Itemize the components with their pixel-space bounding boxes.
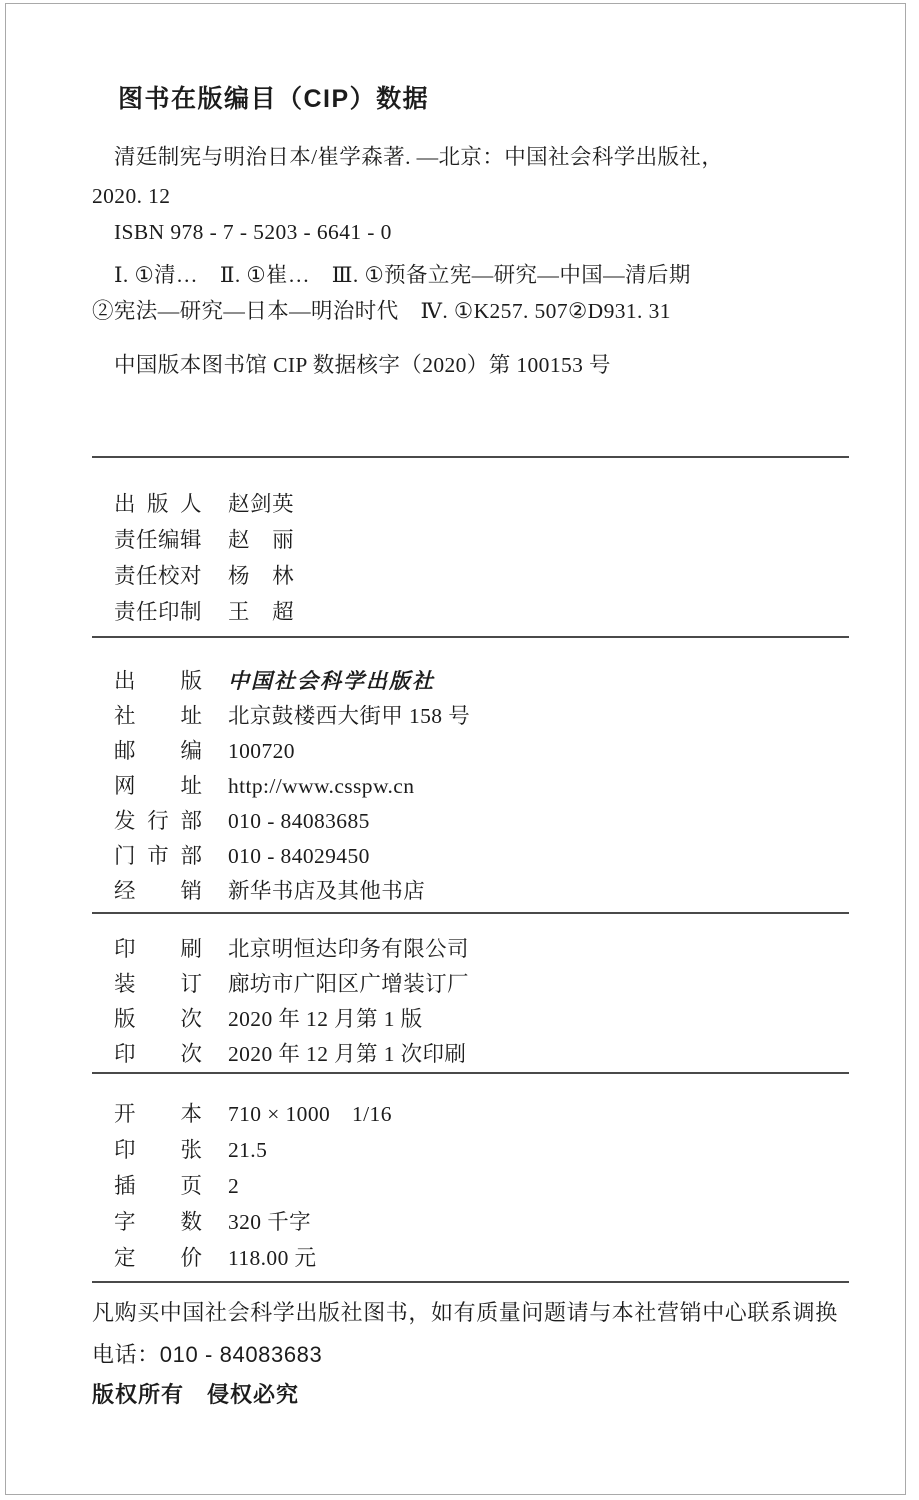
isbn-line: ISBN 978 - 7 - 5203 - 6641 - 0 [92,217,849,247]
info-row: 责任编辑 赵丽 [114,522,849,558]
field-label: 印次 [114,1037,202,1072]
info-row: 经销 新华书店及其他书店 [114,874,849,909]
field-value: 2020 年 12 月第 1 次印刷 [228,1037,466,1072]
field-value: 710 × 1000 1/16 [228,1096,392,1132]
field-value: 118.00 元 [228,1240,316,1276]
field-label: 责任编辑 [114,522,202,558]
field-label: 责任校对 [114,558,202,594]
info-row: 定价 118.00 元 [114,1240,849,1276]
info-row: 插页 2 [114,1168,849,1204]
classification-line-2: ②宪法—研究—日本—明治时代 Ⅳ. ①K257. 507②D931. 31 [92,296,849,326]
printing-section: 印刷 北京明恒达印务有限公司 装订 廊坊市广阳区广增装订厂 版次 2020 年 … [92,914,849,1072]
field-value: 010 - 84029450 [228,839,370,874]
cip-record-number-line: 中国版本图书馆 CIP 数据核字（2020）第 100153 号 [92,350,849,380]
info-row: 邮编 100720 [114,734,849,769]
info-row: 门市部 010 - 84029450 [114,839,849,874]
footer-notice: 凡购买中国社会科学出版社图书，如有质量问题请与本社营销中心联系调换 电话：010… [92,1283,849,1410]
info-row: 社址 北京鼓楼西大街甲 158 号 [114,699,849,734]
cip-block: 图书在版编目（CIP）数据 清廷制宪与明治日本/崔学森著. —北京：中国社会科学… [92,84,849,380]
info-row: 出版人 赵剑英 [114,486,849,522]
quality-notice-line: 凡购买中国社会科学出版社图书，如有质量问题请与本社营销中心联系调换 [92,1298,849,1328]
field-label: 门市部 [114,839,202,874]
info-row: 装订 廊坊市广阳区广增装订厂 [114,967,849,1002]
cip-header: 图书在版编目（CIP）数据 [118,84,849,114]
field-label: 出版 [114,664,202,699]
field-value: 010 - 84083685 [228,804,370,839]
info-row: 出版 中国社会科学出版社 [114,664,849,699]
field-value: 赵剑英 [228,486,294,522]
field-value: 100720 [228,734,295,769]
field-label: 字数 [114,1204,202,1240]
field-value: 2020 年 12 月第 1 版 [228,1002,423,1037]
field-label: 网址 [114,769,202,804]
field-value: 杨林 [228,558,294,594]
field-label: 出版人 [114,486,202,522]
info-row: 网址 http://www.csspw.cn [114,769,849,804]
page-content: 图书在版编目（CIP）数据 清廷制宪与明治日本/崔学森著. —北京：中国社会科学… [0,0,919,1410]
field-label: 发行部 [114,804,202,839]
info-row: 责任校对 杨林 [114,558,849,594]
field-label: 社址 [114,699,202,734]
field-label: 装订 [114,967,202,1002]
info-row: 印张 21.5 [114,1132,849,1168]
field-value: 北京鼓楼西大街甲 158 号 [228,699,470,734]
info-row: 印刷 北京明恒达印务有限公司 [114,932,849,967]
bibliographic-line: 清廷制宪与明治日本/崔学森著. —北京：中国社会科学出版社， [92,142,849,172]
field-value: 北京明恒达印务有限公司 [228,932,469,967]
field-label: 印张 [114,1132,202,1168]
field-label: 开本 [114,1096,202,1132]
field-label: 定价 [114,1240,202,1276]
field-label: 责任印制 [114,594,202,630]
field-label: 插页 [114,1168,202,1204]
info-row: 开本 710 × 1000 1/16 [114,1096,849,1132]
service-phone-line: 电话：010 - 84083683 [92,1340,849,1370]
field-value: http://www.csspw.cn [228,769,414,804]
field-value: 320 千字 [228,1204,311,1240]
field-value: 王超 [228,594,294,630]
field-label: 版次 [114,1002,202,1037]
info-row: 字数 320 千字 [114,1204,849,1240]
bibliographic-line-continued: 2020. 12 [92,181,849,211]
info-row: 印次 2020 年 12 月第 1 次印刷 [114,1037,849,1072]
field-label: 印刷 [114,932,202,967]
book-copyright-page: { "cip": { "header": "图书在版编目（CIP）数据", "b… [0,0,919,1500]
field-value: 廊坊市广阳区广增装订厂 [228,967,469,1002]
classification-line-1: Ⅰ. ①清… Ⅱ. ①崔… Ⅲ. ①预备立宪—研究—中国—清后期 [92,260,849,290]
field-value: 2 [228,1168,239,1204]
copyright-statement: 版权所有 侵权必究 [92,1380,849,1410]
field-value: 21.5 [228,1132,267,1168]
field-label: 经销 [114,874,202,909]
staff-section: 出版人 赵剑英 责任编辑 赵丽 责任校对 杨林 责任印制 王超 [92,458,849,630]
info-row: 责任印制 王超 [114,594,849,630]
specs-section: 开本 710 × 1000 1/16 印张 21.5 插页 2 字数 320 千… [92,1074,849,1276]
field-value: 新华书店及其他书店 [228,874,425,909]
publishing-section: 出版 中国社会科学出版社 社址 北京鼓楼西大街甲 158 号 邮编 100720… [92,638,849,909]
info-row: 版次 2020 年 12 月第 1 版 [114,1002,849,1037]
publisher-logotype: 中国社会科学出版社 [228,664,435,699]
field-label: 邮编 [114,734,202,769]
info-row: 发行部 010 - 84083685 [114,804,849,839]
field-value: 赵丽 [228,522,294,558]
